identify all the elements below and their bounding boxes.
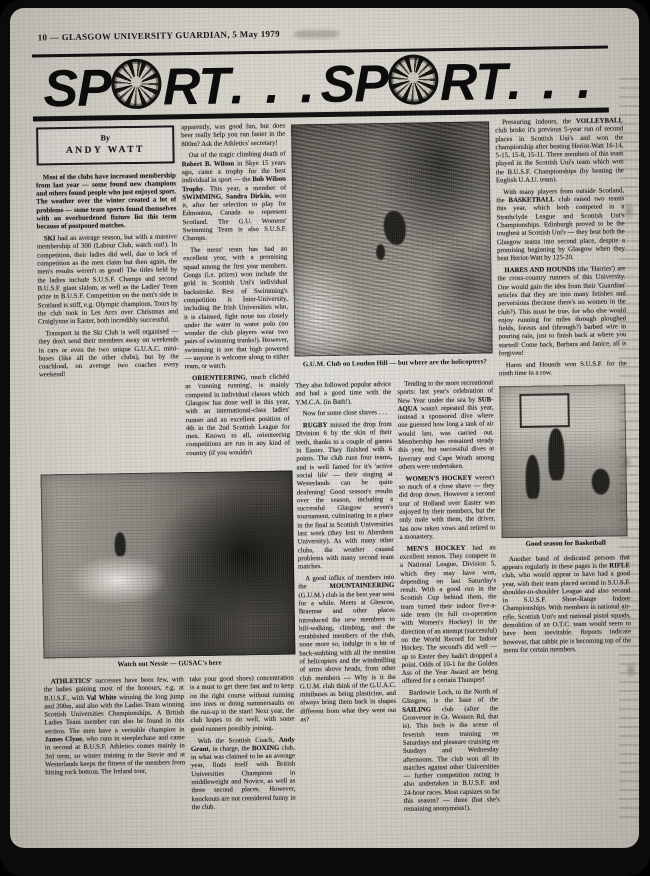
article-paragraph: Pressuring indoors, the VOLLEYBALL club … [495,117,624,185]
scan-edge-noise [619,78,639,818]
article-paragraph: Hares and Hounds won S.U.S.F. for the ni… [499,360,627,379]
photo-gum-club-climber [291,121,493,356]
byline-by: By [41,133,169,143]
university-crest-icon [388,54,439,105]
scan-artifact [294,30,340,39]
player-silhouette [525,454,540,498]
spectator-silhouette [591,469,609,495]
headline-text: RT [439,53,506,112]
article-paragraph: Tending to the more recreational sports:… [397,379,494,472]
article-paragraph: Now for some close shaves . . . [296,409,392,419]
article-paragraph: SKI had an average season, but with a ma… [37,233,178,326]
newspaper-page: 10 — GLASGOW UNIVERSITY GUARDIAN, 5 May … [10,8,639,848]
photo-basketball-game [499,385,627,539]
article-paragraph: Another band of dedicated persons that a… [502,554,632,656]
article-paragraph: WOMEN'S HOCKEY weren't so much of a clos… [399,474,496,542]
article-subaqua-hockey-sailing: Tending to the more recreational sports:… [397,379,500,843]
headline-dots: . . . [507,52,595,111]
article-rugby-mountaineering: They also followed popular advice and ha… [295,381,398,845]
article-paragraph: take your good shoes) concentration is a… [190,675,295,735]
article-ski: Most of the clubs have increased members… [36,172,179,380]
article-paragraph: ORIENTEERING, much clichéd as 'cunning r… [185,374,290,459]
player-silhouette [548,428,565,480]
article-paragraph: They also followed popular advice and ha… [295,381,391,407]
headline-text: RT [162,57,229,116]
article-paragraph: HARES AND HOUNDS (the 'Harries') are the… [497,265,626,358]
article-paragraph: With the Scottish Coach, Andy Grant, in … [191,736,296,812]
university-crest-icon [111,59,162,110]
article-rifle: Another band of dedicated persons that a… [502,554,632,656]
article-paragraph: MEN'S HOCKEY had an excellent season. Th… [400,544,498,687]
page-title: SPRT. . .SPRT. . . [32,52,609,117]
article-boxing: take your good shoes) concentration is a… [190,675,297,848]
byline-author: ANDY WATT [41,146,169,156]
article-paragraph: A good influx of members into the MOUNTA… [298,574,396,725]
photo-caption: Good season for Basketball [502,540,630,550]
article-paragraph: With many players from outside Scotland,… [496,187,625,264]
photo-caption: G.U.M. Club on Loudon Hill — but where a… [287,358,503,368]
article-athletics: ATHLETICS' successes have been few, with… [44,676,187,848]
article-paragraph: The mens' team has had an excellent year… [183,246,289,372]
article-paragraph: ATHLETICS' successes have been few, with… [44,676,186,778]
headline-text: SP [320,55,388,114]
article-paragraph: Transport in the Ski Club is well organi… [38,328,179,380]
article-volleyball-basketball-hares: Pressuring indoors, the VOLLEYBALL club … [495,117,627,378]
climber-silhouette [384,211,407,245]
article-swimming-orienteering: apparently, was good fun, but does beer … [181,123,290,471]
article-paragraph: apparently, was good fun, but does beer … [181,123,285,150]
photo-caption: Watch out Nessie — GUSAC's here [43,658,295,669]
photo-waterski-nessie [41,471,296,659]
article-paragraph: Most of the clubs have increased members… [36,172,177,232]
skier-silhouette [115,532,126,556]
headline-text: SP [43,59,111,118]
climber-limb [376,244,385,260]
article-paragraph: RUGBY missed the drop from Division 6 by… [296,421,394,572]
page-content: 10 — GLASGOW UNIVERSITY GUARDIAN, 5 May … [10,8,639,848]
backboard [519,393,569,428]
article-paragraph: Bardowie Loch, to the North of Glasgow, … [402,689,500,815]
column-1-top: By ANDY WATT Most of the clubs have incr… [35,124,180,472]
headline-dots: . . . [230,56,318,115]
article-paragraph: Out of the tragic climbing death of Robe… [181,151,286,244]
byline-box: By ANDY WATT [36,125,175,165]
masthead: 10 — GLASGOW UNIVERSITY GUARDIAN, 5 May … [38,29,280,43]
column-5: Pressuring indoors, the VOLLEYBALL club … [495,117,634,842]
scan-border: 10 — GLASGOW UNIVERSITY GUARDIAN, 5 May … [0,0,650,876]
